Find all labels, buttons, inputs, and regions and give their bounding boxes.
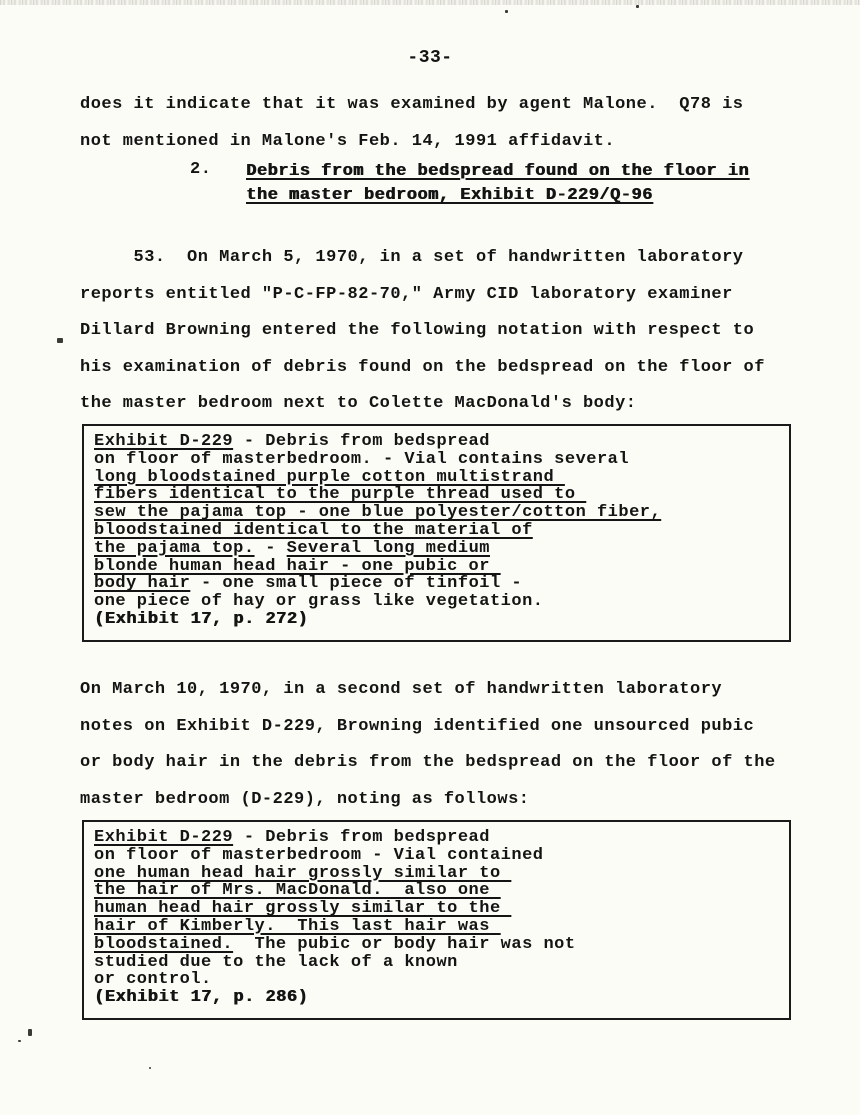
underlined-text: blonde human head hair - one pubic or [94,557,501,576]
text-segment: studied due to the lack of a known [94,953,458,972]
underlined-text: bloodstained identical to the material o… [94,521,533,540]
underlined-text: fibers identical to the purple thread us… [94,485,586,504]
text-line: (Exhibit 17, p. 286) [94,989,779,1007]
text-segment: - Debris from bedspread [233,828,490,847]
text-line: Debris from the bedspread found on the f… [246,160,749,184]
text-line: the master bedroom, Exhibit D-229/Q-96 [246,184,749,208]
text-line: bloodstained. The pubic or body hair was… [94,936,779,954]
text-line: hair of Kimberly. This last hair was [94,918,779,936]
scan-speck [636,5,639,8]
text-line: on floor of masterbedroom. - Vial contai… [94,451,779,469]
text-line: body hair - one small piece of tinfoil - [94,575,779,593]
quote-box-exhibit-d229-march5: Exhibit D-229 - Debris from bedspreadon … [82,424,791,642]
text-line: or control. [94,971,779,989]
underlined-text: body hair [94,574,190,593]
scan-edge-noise [0,0,860,5]
underlined-text: Several long medium [287,539,490,558]
quote-box-exhibit-d229-march10: Exhibit D-229 - Debris from bedspreadon … [82,820,791,1020]
text-line: on floor of masterbedroom - Vial contain… [94,847,779,865]
page-number: -33- [0,48,860,68]
text-line: On March 10, 1970, in a second set of ha… [80,672,776,709]
text-segment: (Exhibit 17, p. 272) [94,610,308,629]
intro-paragraph: does it indicate that it was examined by… [80,87,744,160]
underlined-text: the pajama top. [94,539,255,558]
scan-speck [505,10,508,13]
text-line: the pajama top. - Several long medium [94,540,779,558]
paragraph-53: 53. On March 5, 1970, in a set of handwr… [80,240,765,423]
text-line: or body hair in the debris from the beds… [80,745,776,782]
document-page: -33- does it indicate that it was examin… [0,0,860,1115]
text-line: bloodstained identical to the material o… [94,522,779,540]
paragraph-march-10: On March 10, 1970, in a second set of ha… [80,672,776,818]
scan-speck [149,1067,151,1069]
text-segment: one piece of hay or grass like vegetatio… [94,592,543,611]
text-line: studied due to the lack of a known [94,954,779,972]
text-line: notes on Exhibit D-229, Browning identif… [80,709,776,746]
scan-speck [18,1040,21,1042]
text-segment: - Debris from bedspread [233,432,490,451]
section-heading: Debris from the bedspread found on the f… [246,160,749,208]
underlined-text: the master bedroom, Exhibit D-229/Q-96 [246,186,653,205]
text-line: long bloodstained purple cotton multistr… [94,469,779,487]
text-line: his examination of debris found on the b… [80,350,765,387]
text-segment: on floor of masterbedroom. - Vial contai… [94,450,629,469]
text-line: the hair of Mrs. MacDonald. also one [94,882,779,900]
text-line: one human head hair grossly similar to [94,865,779,883]
underlined-text: one human head hair grossly similar to [94,864,511,883]
text-line: sew the pajama top - one blue polyester/… [94,504,779,522]
underlined-text: bloodstained. [94,935,233,954]
underlined-text: Debris from the bedspread found on the f… [246,162,749,181]
scan-speck [57,338,63,343]
text-line: Exhibit D-229 - Debris from bedspread [94,829,779,847]
text-line: reports entitled "P-C-FP-82-70," Army CI… [80,277,765,314]
text-line: Exhibit D-229 - Debris from bedspread [94,433,779,451]
text-segment: The pubic or body hair was not [233,935,575,954]
text-line: master bedroom (D-229), noting as follow… [80,782,776,819]
text-line: one piece of hay or grass like vegetatio… [94,593,779,611]
text-segment: - [255,539,287,558]
text-line: 53. On March 5, 1970, in a set of handwr… [80,240,765,277]
text-line: human head hair grossly similar to the [94,900,779,918]
underlined-text: the hair of Mrs. MacDonald. also one [94,881,501,900]
text-segment: or control. [94,970,212,989]
text-line: (Exhibit 17, p. 272) [94,611,779,629]
text-line: Dillard Browning entered the following n… [80,313,765,350]
underlined-text: sew the pajama top - one blue polyester/… [94,503,661,522]
underlined-text: Exhibit D-229 [94,828,233,847]
section-heading-number: 2. [190,160,211,179]
underlined-text: Exhibit D-229 [94,432,233,451]
text-line: fibers identical to the purple thread us… [94,486,779,504]
text-segment: on floor of masterbedroom - Vial contain… [94,846,543,865]
text-segment: (Exhibit 17, p. 286) [94,988,308,1007]
text-line: blonde human head hair - one pubic or [94,558,779,576]
underlined-text: long bloodstained purple cotton multistr… [94,468,565,487]
text-line: does it indicate that it was examined by… [80,87,744,124]
text-segment: - one small piece of tinfoil - [190,574,522,593]
underlined-text: hair of Kimberly. This last hair was [94,917,501,936]
text-line: not mentioned in Malone's Feb. 14, 1991 … [80,124,744,161]
underlined-text: human head hair grossly similar to the [94,899,511,918]
scan-speck [28,1029,32,1036]
text-line: the master bedroom next to Colette MacDo… [80,386,765,423]
